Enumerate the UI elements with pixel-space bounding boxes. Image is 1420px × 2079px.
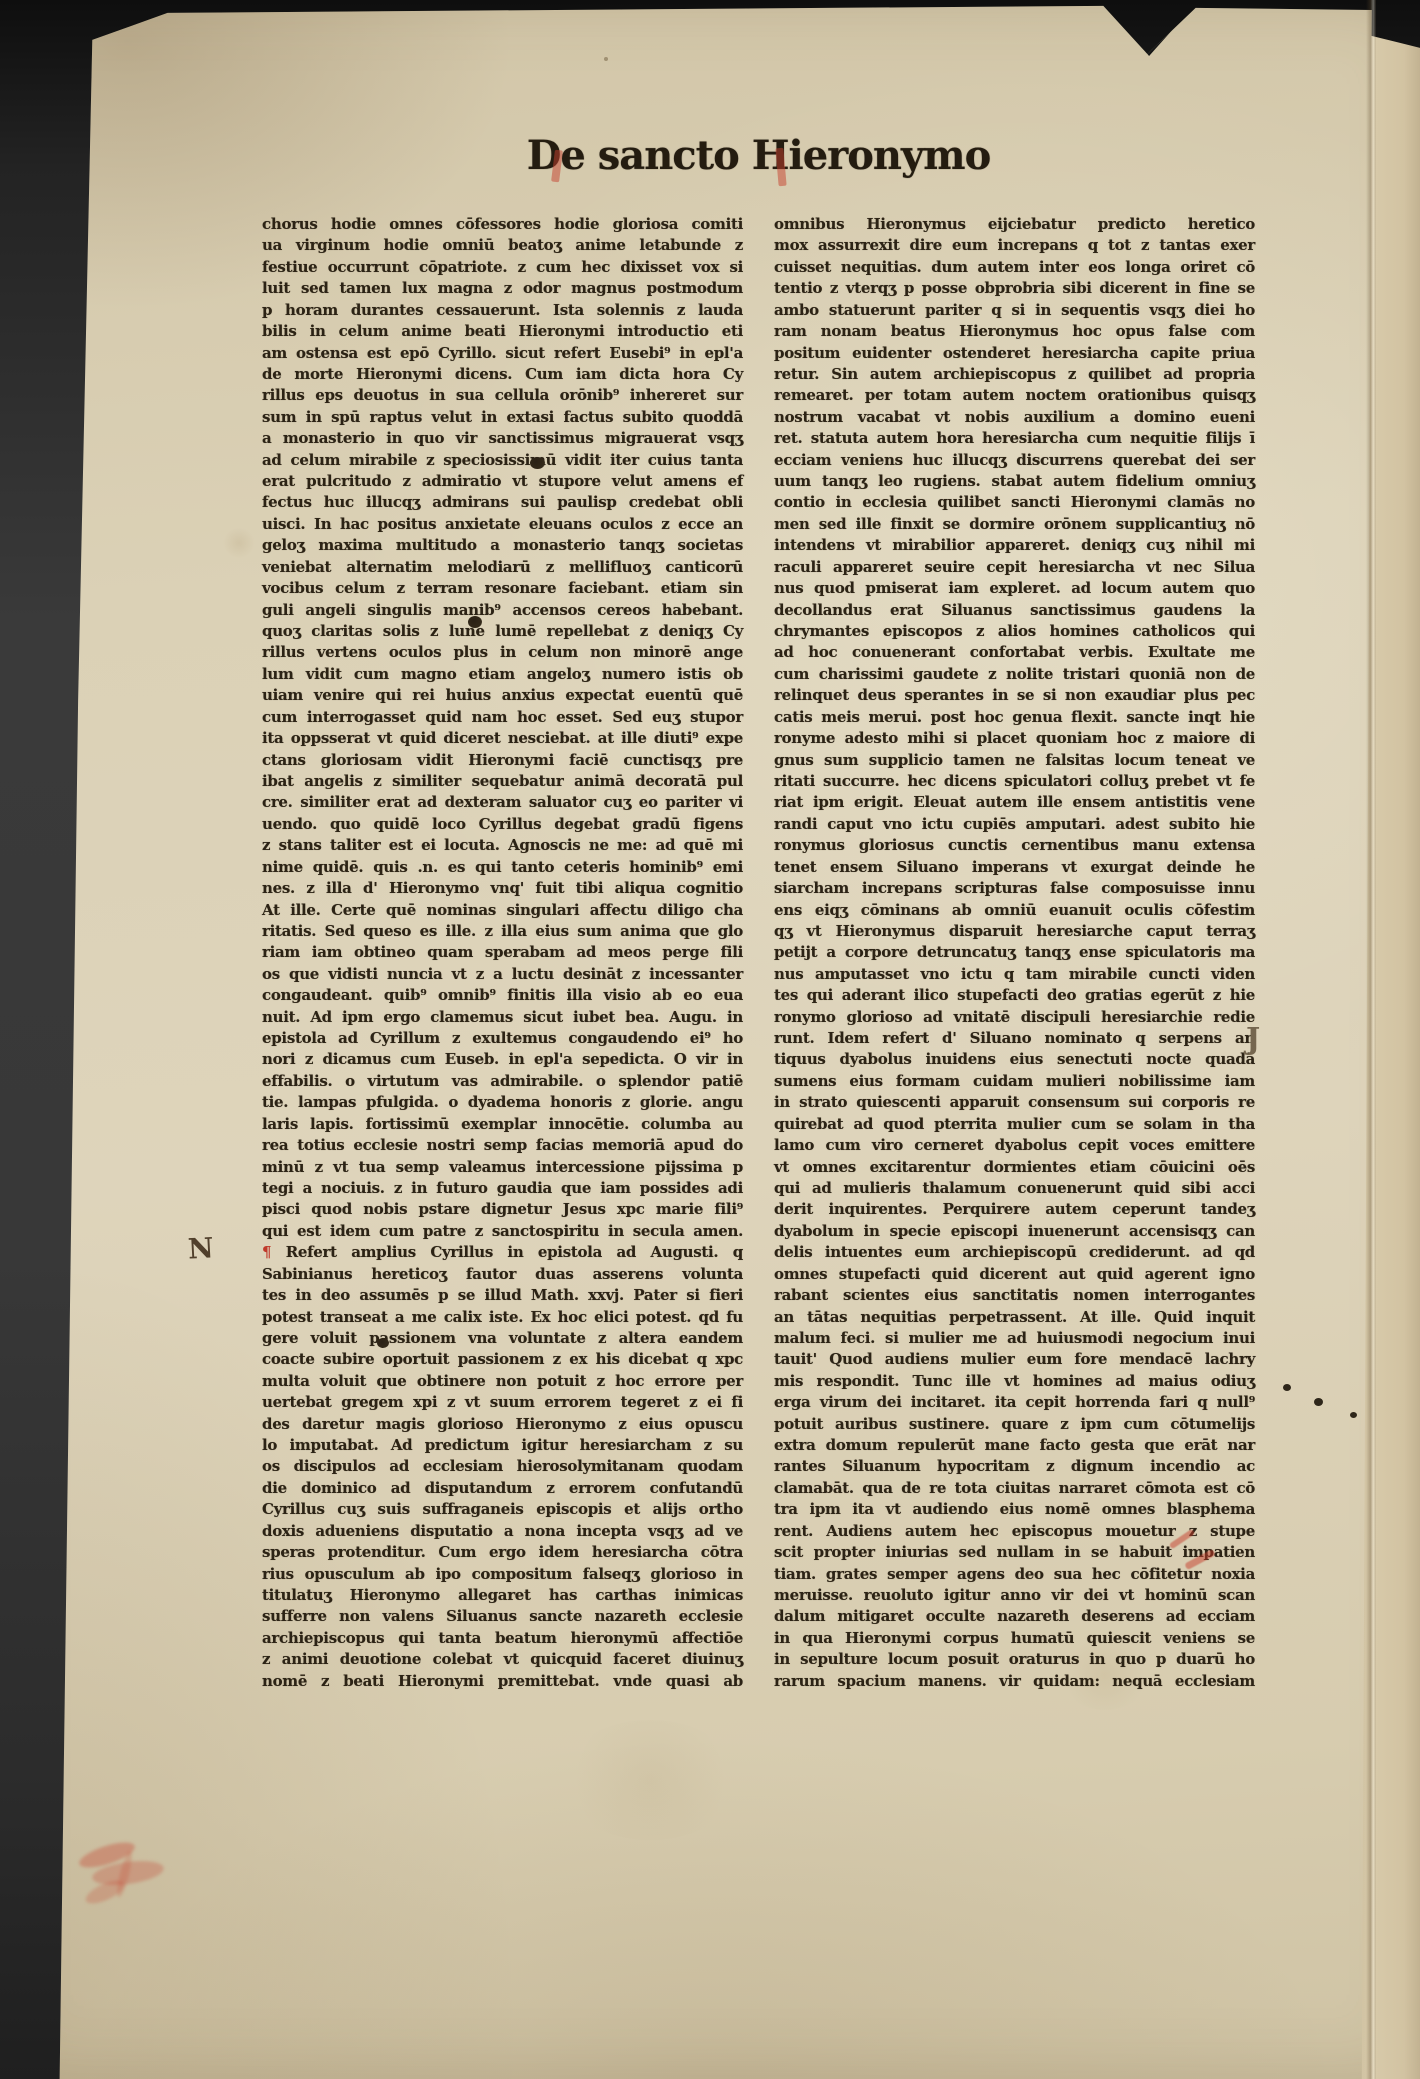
text-line: in sepulture locum posuit oraturus in qu… <box>774 1649 1255 1670</box>
text-line: chrymantes episcopos z alios homines cat… <box>774 621 1255 642</box>
text-line: nori z dicamus cum Euseb. in epl'a seped… <box>262 1049 743 1070</box>
text-line: malum feci. si mulier me ad huiusmodi ne… <box>774 1328 1255 1349</box>
text-line: positum euidenter ostenderet heresiarcha… <box>774 343 1255 364</box>
text-line: qui ad mulieris thalamum conuenerunt qui… <box>774 1178 1255 1199</box>
text-line: ens eiqʒ cōminans ab omniū euanuit oculi… <box>774 900 1255 921</box>
text-line: a monasterio in quo vir sanctissimus mig… <box>262 428 743 449</box>
text-line: riat ipm erigit. Eleuat autem ille ensem… <box>774 792 1255 813</box>
paper-stain <box>222 528 256 558</box>
text-line: p horam durantes cessauerunt. Ista solen… <box>262 300 743 321</box>
text-line: de morte Hieronymi dicens. Cum iam dicta… <box>262 364 743 385</box>
text-line: multa voluit que obtinere non potuit z h… <box>262 1371 743 1392</box>
text-line: ram nonam beatus Hieronymus hoc opus fal… <box>774 321 1255 342</box>
text-line: siarcham increpans scripturas false comp… <box>774 878 1255 899</box>
text-line: lo imputabat. Ad predictum igitur heresi… <box>262 1435 743 1456</box>
text-line: sufferre non valens Siluanus sancte naza… <box>262 1606 743 1627</box>
text-line: catis meis merui. post hoc genua flexit.… <box>774 707 1255 728</box>
text-line: an tātas nequitias perpetrassent. At ill… <box>774 1307 1255 1328</box>
text-line: meruisse. reuoluto igitur anno vir dei v… <box>774 1585 1255 1606</box>
text-line: uum tanqʒ leo rugiens. stabat autem fide… <box>774 471 1255 492</box>
text-line: pisci quod nobis pstare dignetur Jesus x… <box>262 1199 743 1220</box>
text-line: nus quod pmiserat iam expleret. ad locum… <box>774 578 1255 599</box>
pilcrow-rubric: ¶ <box>262 1243 271 1261</box>
text-line: coacte subire oportuit passionem z ex hi… <box>262 1349 743 1370</box>
text-line: minū z vt tua semp valeamus intercession… <box>262 1157 743 1178</box>
manuscript-margin-mark: N <box>187 1231 214 1265</box>
text-line: nus amputasset vno ictu q tam mirabile c… <box>774 964 1255 985</box>
text-line: derit inquirentes. Perquirere autem cepe… <box>774 1199 1255 1220</box>
text-line: veniebat alternatim melodiarū z melliflu… <box>262 557 743 578</box>
text-line: geloʒ maxima multitudo a monasterio tanq… <box>262 535 743 556</box>
text-line: clamabāt. qua de re tota ciuitas narrare… <box>774 1478 1255 1499</box>
text-column-left: chorus hodie omnes cōfessores hodie glor… <box>262 214 743 1693</box>
text-line: guli angeli singulis manib⁹ accensos cer… <box>262 600 743 621</box>
text-line: remearet. per totam autem noctem oration… <box>774 385 1255 406</box>
text-line: At ille. Certe quē nominas singulari aff… <box>262 900 743 921</box>
text-line: am ostensa est epō Cyrillo. sicut refert… <box>262 343 743 364</box>
text-line: rillus eps deuotus in sua cellula orōnib… <box>262 385 743 406</box>
text-line: laris lapis. fortissimū exemplar innocēt… <box>262 1114 743 1135</box>
ink-blot <box>530 457 545 469</box>
text-line: rea totius ecclesie nostri semp facias m… <box>262 1135 743 1156</box>
text-line: erga virum dei incitaret. ita cepit horr… <box>774 1392 1255 1413</box>
text-line: lum vidit cum magno etiam angeloʒ numero… <box>262 664 743 685</box>
text-line: sumens eius formam cuidam mulieri nobili… <box>774 1071 1255 1092</box>
text-line: rarum spacium manens. vir quidam: nequā … <box>774 1671 1255 1692</box>
text-line: quirebat ad quod pterrita mulier cum se … <box>774 1114 1255 1135</box>
text-line: mis respondit. Tunc ille vt homines ad m… <box>774 1371 1255 1392</box>
ink-blot <box>468 616 482 628</box>
text-line: ronymus gloriosus cunctis cernentibus ma… <box>774 835 1255 856</box>
text-line: z animi deuotione colebat vt quicquid fa… <box>262 1649 743 1670</box>
text-line: potuit auribus sustinere. quare z ipm cu… <box>774 1414 1255 1435</box>
paper-speck <box>604 57 608 61</box>
text-line: runt. Idem refert d' Siluano nominato q … <box>774 1028 1255 1049</box>
text-line: quoʒ claritas solis z lune lumē repelleb… <box>262 621 743 642</box>
text-line: tegi a nociuis. z in futuro gaudia que i… <box>262 1178 743 1199</box>
text-line: chorus hodie omnes cōfessores hodie glor… <box>262 214 743 235</box>
page-heading: De sancto Hieronymo <box>262 132 1255 194</box>
text-line: ecciam veniens huc illucqʒ discurrens qu… <box>774 450 1255 471</box>
text-line: delis intuentes eum archiepiscopū credid… <box>774 1242 1255 1263</box>
text-line: os que vidisti nuncia vt z a luctu desin… <box>262 964 743 985</box>
text-line: bilis in celum anime beati Hieronymi int… <box>262 321 743 342</box>
text-line: ritati succurre. hec dicens spiculatori … <box>774 771 1255 792</box>
text-line: tentio z vterqʒ p posse obprobria sibi d… <box>774 278 1255 299</box>
text-line: potest transeat a me calix iste. Ex hoc … <box>262 1307 743 1328</box>
text-line: congaudeant. quib⁹ omnib⁹ finitis illa v… <box>262 985 743 1006</box>
text-line: doxis adueniens disputatio a nona incept… <box>262 1521 743 1542</box>
text-line: qui est idem cum patre z sanctospiritu i… <box>262 1221 743 1242</box>
text-line: ctans gloriosam vidit Hieronymi faciē cu… <box>262 750 743 771</box>
text-line: nomē z beati Hieronymi premittebat. vnde… <box>262 1671 743 1692</box>
text-line: raculi appareret seuire cepit heresiarch… <box>774 557 1255 578</box>
text-line: decollandus erat Siluanus sanctissimus g… <box>774 600 1255 621</box>
text-line: Sabinianus hereticoʒ fautor duas asseren… <box>262 1264 743 1285</box>
text-line: ambo statuerunt pariter q si in sequenti… <box>774 300 1255 321</box>
text-line: in strato quiescenti apparuit consensum … <box>774 1092 1255 1113</box>
text-line: men sed ille finxit se dormire orōnem su… <box>774 514 1255 535</box>
text-line: retur. Sin autem archiepiscopus z quilib… <box>774 364 1255 385</box>
text-line: cum charissimi gaudete z nolite tristari… <box>774 664 1255 685</box>
text-line: uendo. quo quidē loco Cyrillus degebat g… <box>262 814 743 835</box>
text-line: uertebat gregem xpi z vt suum errorem te… <box>262 1392 743 1413</box>
text-line: nes. z illa d' Hieronymo vnq' fuit tibi … <box>262 878 743 899</box>
text-line: sum in spū raptus velut in extasi factus… <box>262 407 743 428</box>
text-line: rius opusculum ab ipo compositum falseqʒ… <box>262 1564 743 1585</box>
text-line: gere voluit passionem vna voluntate z al… <box>262 1328 743 1349</box>
text-line: petijt a corpore detruncatuʒ tanqʒ ense … <box>774 942 1255 963</box>
book-page: De sancto Hieronymo chorus hodie omnes c… <box>0 0 1420 2079</box>
text-line: mox assurrexit dire eum increpans q tot … <box>774 235 1255 256</box>
text-line: luit sed tamen lux magna z odor magnus p… <box>262 278 743 299</box>
text-line: randi caput vno ictu cupiēs amputari. ad… <box>774 814 1255 835</box>
manuscript-margin-mark: J <box>1246 1022 1260 1057</box>
text-line: nime quidē. quis .n. es qui tanto ceteri… <box>262 857 743 878</box>
ink-blot <box>377 1338 389 1348</box>
text-line: omnes stupefacti quid dicerent aut quid … <box>774 1264 1255 1285</box>
text-line: erat pulcritudo z admiratio vt stupore v… <box>262 471 743 492</box>
text-line: z stans taliter est ei locuta. Agnoscis … <box>262 835 743 856</box>
text-line: ua virginum hodie omniū beatoʒ anime let… <box>262 235 743 256</box>
text-line: Cyrillus cuʒ suis suffraganeis episcopis… <box>262 1499 743 1520</box>
page-tear <box>1103 0 1199 56</box>
text-line: festiue occurrunt cōpatriote. z cum hec … <box>262 257 743 278</box>
text-line: relinquet deus sperantes in se si non ex… <box>774 685 1255 706</box>
text-line: ibat angelis z similiter sequebatur anim… <box>262 771 743 792</box>
ink-dot <box>1283 1384 1291 1391</box>
text-line: vt omnes excitarentur dormientes etiam c… <box>774 1157 1255 1178</box>
text-line: contio in ecclesia quilibet sancti Hiero… <box>774 492 1255 513</box>
text-line: uiam venire qui rei huius anxius expecta… <box>262 685 743 706</box>
text-line: scit propter iniurias sed nullam in se h… <box>774 1542 1255 1563</box>
page-fold-line <box>1366 0 1376 2079</box>
text-line: des daretur magis glorioso Hieronymo z e… <box>262 1414 743 1435</box>
text-line: intendens vt mirabilior appareret. deniq… <box>774 535 1255 556</box>
scanned-book-spread: De sancto Hieronymo chorus hodie omnes c… <box>0 0 1420 2079</box>
text-line: dyabolum in specie episcopi inuenerunt a… <box>774 1221 1255 1242</box>
text-line: fectus huc illucqʒ admirans sui paulisp … <box>262 492 743 513</box>
text-line: qʒ vt Hieronymus disparuit heresiarche c… <box>774 921 1255 942</box>
text-line: tie. lampas pfulgida. o dyadema honoris … <box>262 1092 743 1113</box>
text-line: cuisset nequitias. dum autem inter eos l… <box>774 257 1255 278</box>
text-line: ronymo glorioso ad vnitatē discipuli her… <box>774 1007 1255 1028</box>
text-line: tiam. grates semper agens deo sua hec cō… <box>774 1564 1255 1585</box>
text-line: rillus vertens oculos plus in celum non … <box>262 642 743 663</box>
text-line: tiquus dyabolus inuidens eius senectuti … <box>774 1049 1255 1070</box>
text-line: speras protenditur. Cum ergo idem heresi… <box>262 1542 743 1563</box>
text-line: vocibus celum z terram resonare facieban… <box>262 578 743 599</box>
text-line: tra ipm ita vt audiendo eius nomē omnes … <box>774 1499 1255 1520</box>
text-line: os discipulos ad ecclesiam hierosolymita… <box>262 1456 743 1477</box>
text-line: epistola ad Cyrillum z exultemus congaud… <box>262 1028 743 1049</box>
text-line: in qua Hieronymi corpus humatū quiescit … <box>774 1628 1255 1649</box>
text-line: archiepiscopus qui tanta beatum hieronym… <box>262 1628 743 1649</box>
text-line: nostrum vacabat vt nobis auxilium a domi… <box>774 407 1255 428</box>
text-line: uisci. In hac positus anxietate eleuans … <box>262 514 743 535</box>
text-line: cre. similiter erat ad dexteram saluator… <box>262 792 743 813</box>
text-line: ritatis. Sed queso es ille. z illa eius … <box>262 921 743 942</box>
text-line: extra domum repulerūt mane facto gesta q… <box>774 1435 1255 1456</box>
text-column-right: omnibus Hieronymus eijciebatur predicto … <box>774 214 1255 1693</box>
text-line: ronyme adesto mihi si placet quoniam hoc… <box>774 728 1255 749</box>
text-line: tenet ensem Siluano imperans vt exurgat … <box>774 857 1255 878</box>
text-line: titulatuʒ Hieronymo allegaret has cartha… <box>262 1585 743 1606</box>
paper-stain <box>560 1720 740 1840</box>
text-line: ret. statuta autem hora heresiarcha cum … <box>774 428 1255 449</box>
text-line: die dominico ad disputandum z errorem co… <box>262 1478 743 1499</box>
text-line: tes qui aderant ilico stupefacti deo gra… <box>774 985 1255 1006</box>
ink-dot <box>1314 1398 1323 1406</box>
text-line: ad celum mirabile z speciosissimū vidit … <box>262 450 743 471</box>
text-line: lamo cum viro cerneret dyabolus cepit vo… <box>774 1135 1255 1156</box>
text-line: effabilis. o virtutum vas admirabile. o … <box>262 1071 743 1092</box>
text-line: riam iam obtineo quam sperabam ad meos p… <box>262 942 743 963</box>
text-line: ita oppsserat vt quid diceret nesciebat.… <box>262 728 743 749</box>
text-line: dalum mitigaret occulte nazareth deseren… <box>774 1606 1255 1627</box>
text-line: nuit. Ad ipm ergo clamemus sicut iubet b… <box>262 1007 743 1028</box>
text-line: tauit' Quod audiens mulier eum fore mend… <box>774 1349 1255 1370</box>
text-line: ¶ Refert amplius Cyrillus in epistola ad… <box>262 1242 743 1263</box>
text-line: rantes Siluanum hypocritam z dignum ince… <box>774 1456 1255 1477</box>
text-line: gnus sum supplicio tamen ne falsitas loc… <box>774 750 1255 771</box>
text-line: omnibus Hieronymus eijciebatur predicto … <box>774 214 1255 235</box>
text-line: ad hoc conuenerant confortabat verbis. E… <box>774 642 1255 663</box>
text-line: tes in deo assumēs p se illud Math. xxvj… <box>262 1285 743 1306</box>
text-line: cum interrogasset quid nam hoc esset. Se… <box>262 707 743 728</box>
text-line: rabant scientes eius sanctitatis nomen i… <box>774 1285 1255 1306</box>
ink-dot <box>1350 1412 1357 1418</box>
